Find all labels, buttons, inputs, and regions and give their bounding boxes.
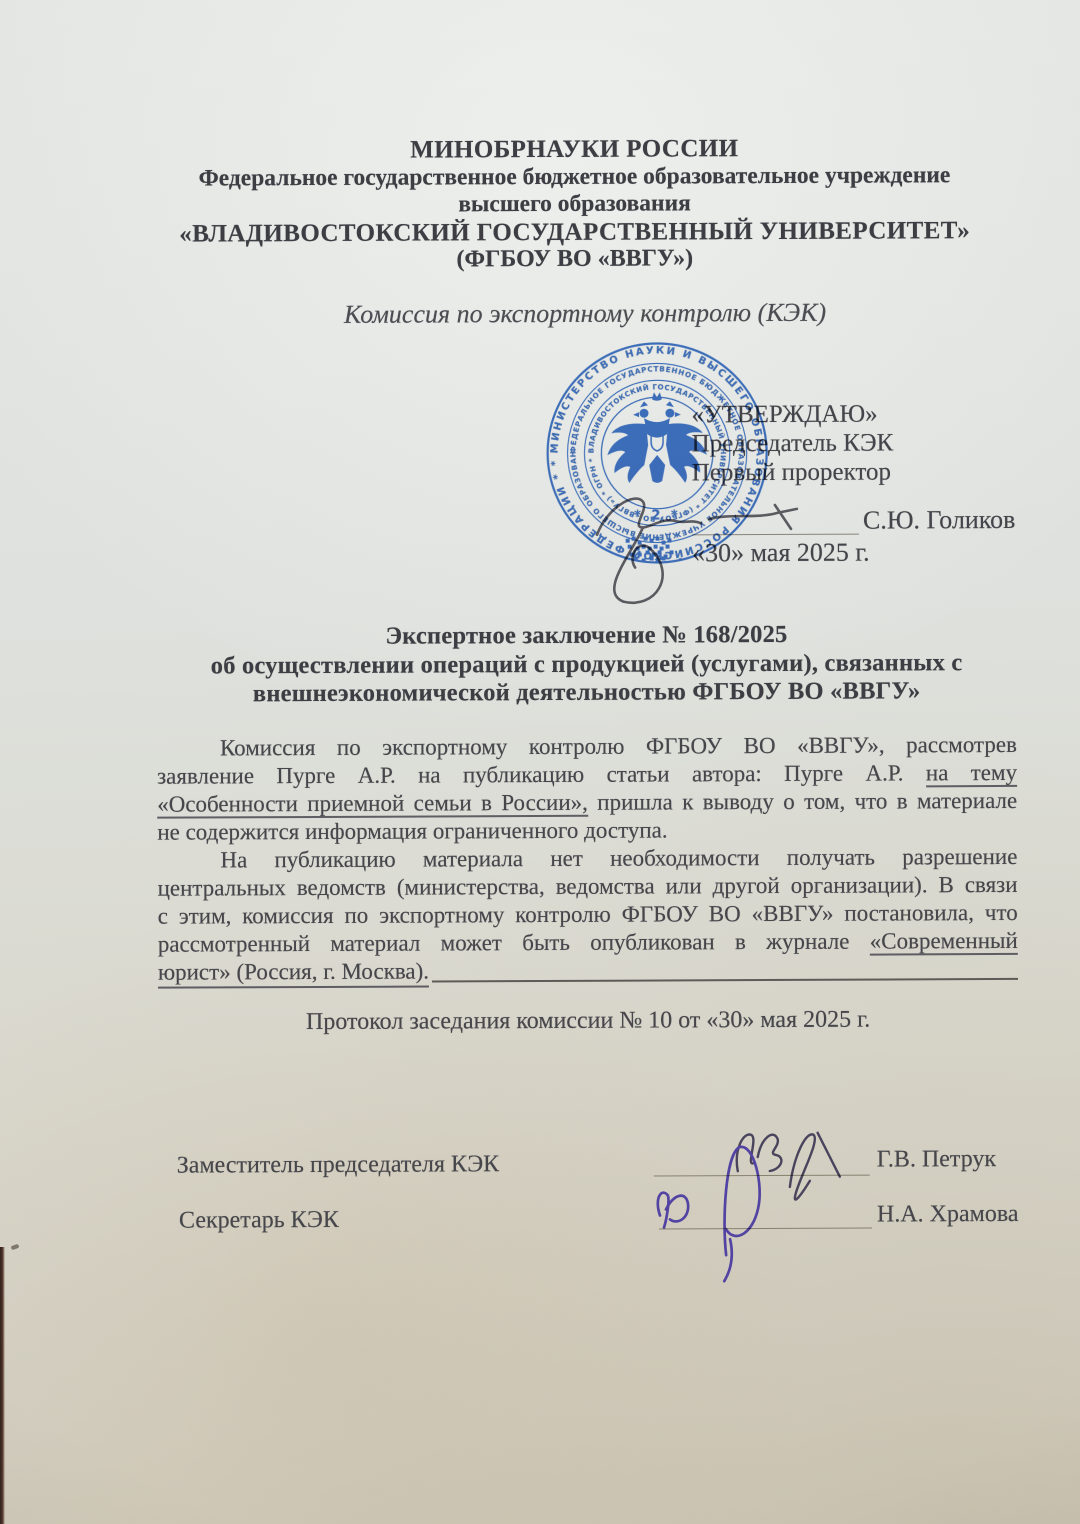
- body-text-segment: пришла к выводу о том, что в материале: [588, 788, 1017, 815]
- header-line-education: высшего образования: [125, 189, 1025, 220]
- signatory-role-deputy: Заместитель председателя КЭК: [177, 1151, 500, 1179]
- petruk-signature-ink: [737, 1133, 840, 1200]
- approver-name: С.Ю. Голиков: [863, 505, 1016, 535]
- body-line: юрист» (Россия, г. Москва).: [158, 955, 1018, 989]
- body-line: с этим, комиссия по экспортному контролю…: [158, 899, 1018, 931]
- title-line-subject-2: внешнеэкономической деятельностью ФГБОУ …: [157, 677, 1017, 709]
- body-text-segment: с этим, комиссия по экспортному контролю…: [158, 900, 1018, 929]
- body-text-segment: Комиссия по экспортному контролю ФГБОУ В…: [220, 732, 1017, 760]
- title-line-number: Экспертное заключение № 168/2025: [156, 620, 1016, 652]
- body-line: рассмотренный материал может быть опубли…: [158, 927, 1018, 959]
- protocol-line: Протокол заседания комиссии № 10 от «30»…: [158, 1006, 1018, 1037]
- body-line: Комиссия по экспортному контролю ФГБОУ В…: [157, 731, 1017, 763]
- golikov-signature-ink: [559, 479, 860, 620]
- double-headed-eagle-emblem: [607, 392, 707, 483]
- body-text-segment: На публикацию материала нет необходимост…: [220, 844, 1017, 872]
- photo-edge-strip: [0, 1247, 5, 1524]
- document-title: Экспертное заключение № 168/2025 об осущ…: [156, 620, 1016, 709]
- ministry-header: МИНОБРНАУКИ РОССИИ Федеральное государст…: [124, 134, 1025, 275]
- body-text-segment: рассмотренный материал может быть опубли…: [158, 929, 870, 957]
- header-line-university: «ВЛАДИВОСТОКСКИЙ ГОСУДАРСТВЕННЫЙ УНИВЕРС…: [125, 216, 1025, 247]
- body-text-segment: заявление Пурге А.Р. на публикацию стать…: [157, 760, 926, 788]
- underlined-text: «Современный: [870, 928, 1018, 956]
- committee-line: Комиссия по экспортному контролю (КЭК): [155, 297, 1015, 331]
- header-line-abbrev: (ФГБОУ ВО «ВВГУ»): [125, 244, 1025, 275]
- khramova-signature-ink: [658, 1147, 760, 1282]
- body-line: На публикацию материала нет необходимост…: [157, 843, 1017, 875]
- underlined-text: юрист» (Россия, г. Москва).: [158, 957, 429, 988]
- header-line-institution: Федеральное государственное бюджетное об…: [124, 161, 1024, 192]
- body-line: заявление Пурге А.Р. на публикацию стать…: [157, 759, 1017, 791]
- bottom-signatures-ink: [642, 1108, 903, 1294]
- body-line: «Особенности приемной семьи в России», п…: [157, 787, 1017, 819]
- header-line-ministry: МИНОБРНАУКИ РОССИИ: [124, 134, 1024, 165]
- body-line: центральных ведомств (министерства, ведо…: [157, 871, 1017, 903]
- body-line: не содержится информация ограниченного д…: [157, 815, 1017, 847]
- document-page: МИНОБРНАУКИ РОССИИ Федеральное государст…: [0, 0, 1080, 1524]
- document-sheet: МИНОБРНАУКИ РОССИИ Федеральное государст…: [0, 0, 1080, 1524]
- body-text-segment: центральных ведомств (министерства, ведо…: [157, 872, 1017, 901]
- underlined-text: на тему: [926, 760, 1017, 787]
- underlined-text: «Особенности приемной семьи в России»,: [157, 790, 588, 819]
- body-text-segment: не содержится информация ограниченного д…: [157, 817, 667, 844]
- title-line-subject-1: об осуществлении операций с продукцией (…: [157, 648, 1017, 680]
- signatory-role-secretary: Секретарь КЭК: [179, 1207, 339, 1235]
- trailing-rule: [432, 955, 1018, 983]
- body-text: Комиссия по экспортному контролю ФГБОУ В…: [157, 731, 1018, 989]
